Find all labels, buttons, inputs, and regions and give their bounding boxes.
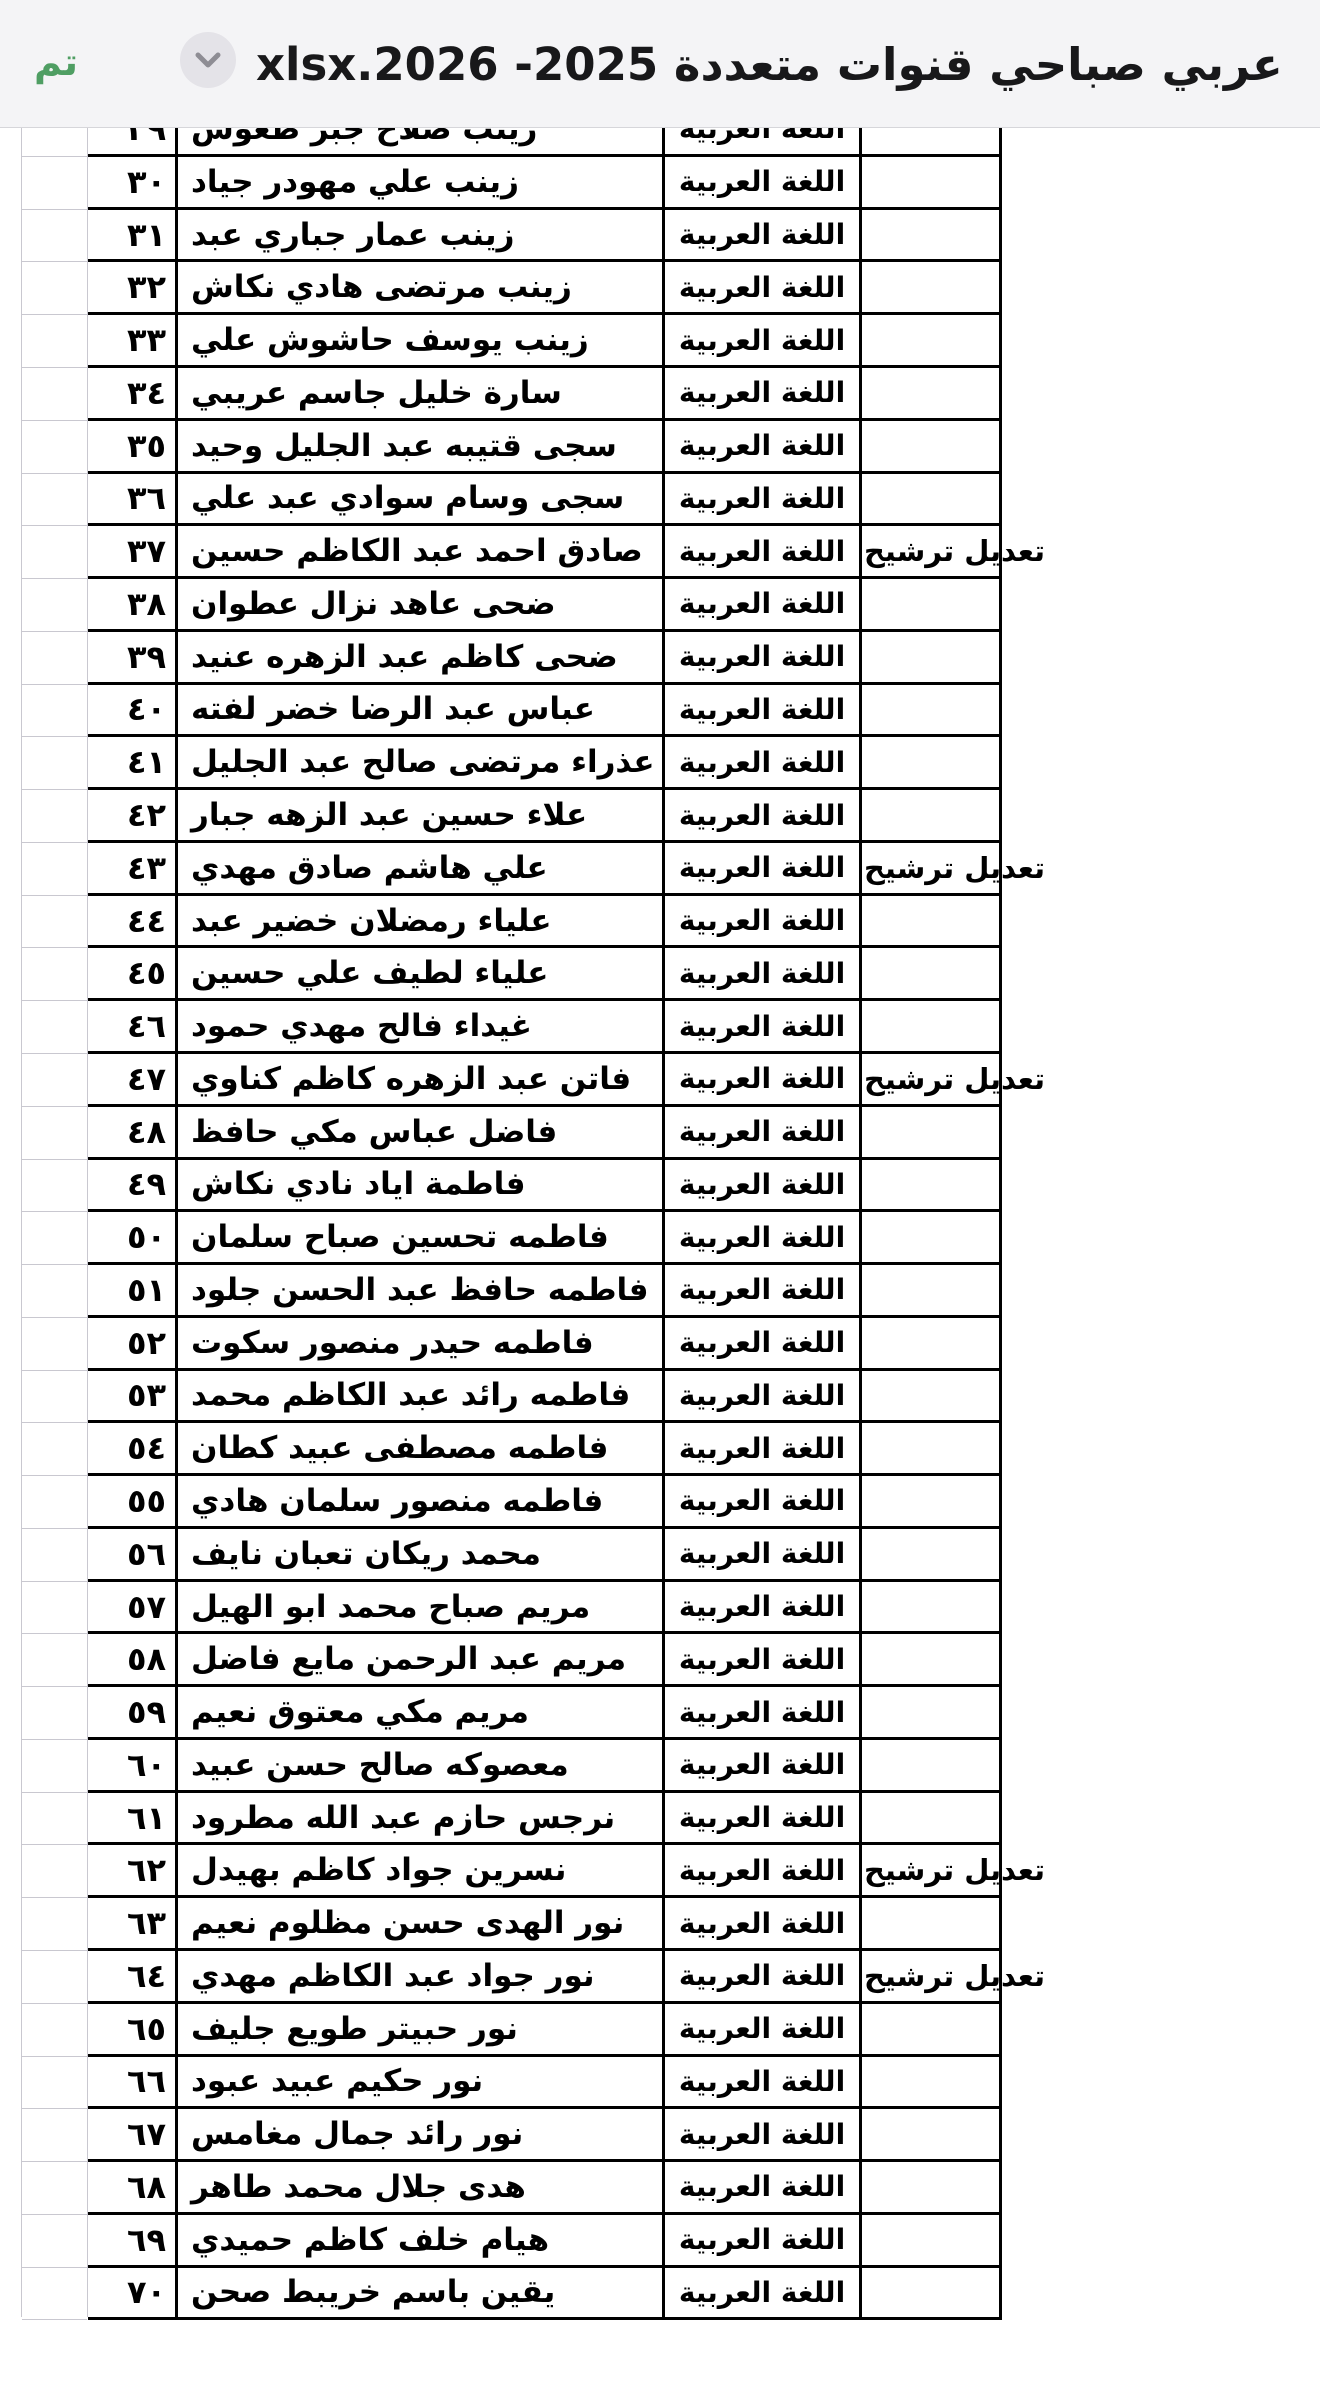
row-number-cell[interactable]: ٦٤	[88, 1951, 178, 2001]
table-row: ٦٣ نور الهدى حسن مظلوم نعيم اللغة العربي…	[88, 1898, 1002, 1951]
gridline-cell[interactable]	[22, 1107, 87, 1160]
language-cell[interactable]: اللغة العربية	[665, 157, 862, 207]
language-cell[interactable]: اللغة العربية	[665, 315, 862, 365]
status-cell[interactable]: تعديل ترشيح	[862, 526, 1002, 576]
row-number-cell[interactable]: ٣٦	[88, 474, 178, 524]
status-cell[interactable]	[862, 737, 1002, 787]
language-cell[interactable]: اللغة العربية	[665, 1371, 862, 1421]
status-cell[interactable]	[862, 1898, 1002, 1948]
row-number-cell[interactable]: ٧٠	[88, 2268, 178, 2318]
gridline-cell[interactable]	[22, 1793, 87, 1846]
table-row: ٣٢ زينب مرتضى هادي نكاش اللغة العربية	[88, 262, 1002, 315]
language-cell[interactable]: اللغة العربية	[665, 1054, 862, 1104]
status-cell[interactable]	[862, 262, 1002, 312]
table-row: ٣٧ صادق احمد عبد الكاظم حسين اللغة العرب…	[88, 526, 1002, 579]
table-row: ٤٣ علي هاشم صادق مهدي اللغة العربية تعدي…	[88, 843, 1002, 896]
student-name-cell[interactable]: فاطمه منصور سلمان هادي	[178, 1476, 665, 1526]
table-row: ٥١ فاطمه حافظ عبد الحسن جلود اللغة العرب…	[88, 1265, 1002, 1318]
table-row: ٥٧ مريم صباح محمد ابو الهيل اللغة العربي…	[88, 1582, 1002, 1635]
language-cell[interactable]: اللغة العربية	[665, 896, 862, 946]
status-cell[interactable]: تعديل ترشيح	[862, 1951, 1002, 2001]
status-cell[interactable]	[862, 1423, 1002, 1473]
status-cell[interactable]	[862, 2162, 1002, 2212]
gridline-cell[interactable]	[22, 315, 87, 368]
status-cell[interactable]: تعديل ترشيح	[862, 1054, 1002, 1104]
table-row: ٥٤ فاطمه مصطفى عبيد كطان اللغة العربية	[88, 1423, 1002, 1476]
title-bar: تم عربي صباحي قنوات متعددة 2025- 2026.xl…	[0, 0, 1320, 128]
row-number-cell[interactable]: ٦٣	[88, 1898, 178, 1948]
gridline-cell[interactable]	[22, 1634, 87, 1687]
status-cell[interactable]	[862, 210, 1002, 260]
student-name-cell[interactable]: نور رائد جمال مغامس	[178, 2109, 665, 2159]
student-name-cell[interactable]: فاطمه تحسين صباح سلمان	[178, 1212, 665, 1262]
status-cell[interactable]	[862, 632, 1002, 682]
language-cell[interactable]: اللغة العربية	[665, 948, 862, 998]
status-cell[interactable]	[862, 1107, 1002, 1157]
student-name-cell[interactable]: محمد ريكان تعبان نايف	[178, 1529, 665, 1579]
student-name-cell[interactable]: سارة خليل جاسم عريبي	[178, 368, 665, 418]
student-name-cell[interactable]: مريم عبد الرحمن مايع فاضل	[178, 1634, 665, 1684]
row-number-cell[interactable]: ٦١	[88, 1793, 178, 1843]
table-row: ٦٨ هدى جلال محمد طاهر اللغة العربية	[88, 2162, 1002, 2215]
row-number-cell[interactable]: ٣٧	[88, 526, 178, 576]
table-row: ٣١ زينب عمار جباري عبد اللغة العربية	[88, 210, 1002, 263]
language-cell[interactable]: اللغة العربية	[665, 1845, 862, 1895]
language-cell[interactable]: اللغة العربية	[665, 2109, 862, 2159]
gridline-cell[interactable]	[22, 210, 87, 263]
row-number-cell[interactable]: ٣٥	[88, 421, 178, 471]
status-cell[interactable]	[862, 2268, 1002, 2318]
table-row: ٥٢ فاطمه حيدر منصور سكوت اللغة العربية	[88, 1318, 1002, 1371]
chevron-down-icon	[195, 52, 221, 68]
language-cell[interactable]: اللغة العربية	[665, 685, 862, 735]
language-cell[interactable]: اللغة العربية	[665, 1107, 862, 1157]
table-row: ٦١ نرجس حازم عبد الله مطرود اللغة العربي…	[88, 1793, 1002, 1846]
language-cell[interactable]: اللغة العربية	[665, 1423, 862, 1473]
language-cell[interactable]: اللغة العربية	[665, 2057, 862, 2107]
row-number-cell[interactable]: ٥٠	[88, 1212, 178, 1262]
row-number-cell[interactable]: ٣٣	[88, 315, 178, 365]
gridline-cell[interactable]	[22, 2162, 87, 2215]
student-name-cell[interactable]: صادق احمد عبد الكاظم حسين	[178, 526, 665, 576]
language-cell[interactable]: اللغة العربية	[665, 1318, 862, 1368]
student-name-cell[interactable]: نور حبيتر طويع جليف	[178, 2004, 665, 2054]
status-cell[interactable]	[862, 579, 1002, 629]
data-table: ٢٩ زينب صلاح جبر طعوس اللغة العربية ٣٠ ز…	[88, 101, 1002, 2321]
status-cell[interactable]	[862, 2109, 1002, 2159]
table-row: ٦٩ هيام خلف كاظم حميدي اللغة العربية	[88, 2215, 1002, 2268]
row-number-cell[interactable]: ٥٢	[88, 1318, 178, 1368]
language-cell[interactable]: اللغة العربية	[665, 2215, 862, 2265]
table-row: ٦٤ نور جواد عبد الكاظم مهدي اللغة العربي…	[88, 1951, 1002, 2004]
table-row: ٥٩ مريم مكي معتوق نعيم اللغة العربية	[88, 1687, 1002, 1740]
language-cell[interactable]: اللغة العربية	[665, 579, 862, 629]
gridline-cell[interactable]	[22, 737, 87, 790]
student-name-cell[interactable]: نسرين جواد كاظم بهيدل	[178, 1845, 665, 1895]
status-cell[interactable]	[862, 1001, 1002, 1051]
status-cell[interactable]	[862, 1529, 1002, 1579]
language-cell[interactable]: اللغة العربية	[665, 1160, 862, 1210]
language-cell[interactable]: اللغة العربية	[665, 1951, 862, 2001]
gridline-cell[interactable]	[22, 157, 87, 210]
gridline-cell[interactable]	[22, 685, 87, 738]
language-cell[interactable]: اللغة العربية	[665, 1898, 862, 1948]
table-row: ٦٠ معصوكه صالح حسن عبيد اللغة العربية	[88, 1740, 1002, 1793]
gridline-cell[interactable]	[22, 1160, 87, 1213]
language-cell[interactable]: اللغة العربية	[665, 1793, 862, 1843]
student-name-cell[interactable]: هيام خلف كاظم حميدي	[178, 2215, 665, 2265]
row-number-cell[interactable]: ٥٧	[88, 1582, 178, 1632]
row-number-cell[interactable]: ٦٩	[88, 2215, 178, 2265]
student-name-cell[interactable]: سجى قتيبه عبد الجليل وحيد	[178, 421, 665, 471]
table-row: ٦٦ نور حكيم عبيد عبود اللغة العربية	[88, 2057, 1002, 2110]
gridline-cell[interactable]	[22, 2004, 87, 2057]
table-row: ٤٤ علياء رمضلان خضير عبد اللغة العربية	[88, 896, 1002, 949]
gridline-cell[interactable]	[22, 2215, 87, 2268]
gridline-cell[interactable]	[22, 1740, 87, 1793]
gridline-cell[interactable]	[22, 1371, 87, 1424]
table-row: ٥٦ محمد ريكان تعبان نايف اللغة العربية	[88, 1529, 1002, 1582]
table-row: ٦٢ نسرين جواد كاظم بهيدل اللغة العربية ت…	[88, 1845, 1002, 1898]
row-number-cell[interactable]: ٦٨	[88, 2162, 178, 2212]
table-row: ٤٨ فاضل عباس مكي حافظ اللغة العربية	[88, 1107, 1002, 1160]
table-row: ٥٥ فاطمه منصور سلمان هادي اللغة العربية	[88, 1476, 1002, 1529]
row-number-cell[interactable]: ٥٤	[88, 1423, 178, 1473]
title-menu-button[interactable]	[180, 32, 236, 88]
row-number-cell[interactable]: ٥٩	[88, 1687, 178, 1737]
gridline-cell[interactable]	[22, 843, 87, 896]
row-number-cell[interactable]: ٤٤	[88, 896, 178, 946]
status-cell[interactable]	[862, 2004, 1002, 2054]
row-number-cell[interactable]: ٦٠	[88, 1740, 178, 1790]
language-cell[interactable]: اللغة العربية	[665, 1212, 862, 1262]
row-number-cell[interactable]: ٤٣	[88, 843, 178, 893]
row-number-cell[interactable]: ٣٠	[88, 157, 178, 207]
status-cell[interactable]	[862, 1371, 1002, 1421]
gridline-cell[interactable]	[22, 1265, 87, 1318]
language-cell[interactable]: اللغة العربية	[665, 1687, 862, 1737]
student-name-cell[interactable]: زينب عمار جباري عبد	[178, 210, 665, 260]
table-row: ٣٥ سجى قتيبه عبد الجليل وحيد اللغة العرب…	[88, 421, 1002, 474]
row-number-cell[interactable]: ٤٦	[88, 1001, 178, 1051]
student-name-cell[interactable]: يقين باسم خريبط صحن	[178, 2268, 665, 2318]
student-name-cell[interactable]: زينب مرتضى هادي نكاش	[178, 262, 665, 312]
language-cell[interactable]: اللغة العربية	[665, 1740, 862, 1790]
status-cell[interactable]	[862, 1476, 1002, 1526]
table-row: ٥٠ فاطمه تحسين صباح سلمان اللغة العربية	[88, 1212, 1002, 1265]
table-row: ٤٩ فاطمة اياد نادي نكاش اللغة العربية	[88, 1160, 1002, 1213]
row-number-cell[interactable]: ٤٨	[88, 1107, 178, 1157]
status-cell[interactable]	[862, 1160, 1002, 1210]
gridline-cell[interactable]	[22, 1423, 87, 1476]
table-row: ٤٠ عباس عبد الرضا خضر لفته اللغة العربية	[88, 685, 1002, 738]
status-cell[interactable]	[862, 1265, 1002, 1315]
status-cell[interactable]	[862, 368, 1002, 418]
gridline-cell[interactable]	[22, 2057, 87, 2110]
row-number-cell[interactable]: ٦٢	[88, 1845, 178, 1895]
gridline-cell[interactable]	[22, 1898, 87, 1951]
status-cell[interactable]	[862, 685, 1002, 735]
table-row: ٤٢ علاء حسين عبد الزهه جبار اللغة العربي…	[88, 790, 1002, 843]
language-cell[interactable]: اللغة العربية	[665, 2162, 862, 2212]
row-number-cell[interactable]: ٥٣	[88, 1371, 178, 1421]
student-name-cell[interactable]: مريم مكي معتوق نعيم	[178, 1687, 665, 1737]
language-cell[interactable]: اللغة العربية	[665, 843, 862, 893]
language-cell[interactable]: اللغة العربية	[665, 210, 862, 260]
student-name-cell[interactable]: فاطمة اياد نادي نكاش	[178, 1160, 665, 1210]
table-row: ٣٤ سارة خليل جاسم عريبي اللغة العربية	[88, 368, 1002, 421]
status-cell[interactable]	[862, 2215, 1002, 2265]
student-name-cell[interactable]: هدى جلال محمد طاهر	[178, 2162, 665, 2212]
gridline-cell[interactable]	[22, 1951, 87, 2004]
table-row: ٦٥ نور حبيتر طويع جليف اللغة العربية	[88, 2004, 1002, 2057]
done-button[interactable]: تم	[34, 40, 78, 84]
language-cell[interactable]: اللغة العربية	[665, 2268, 862, 2318]
gridline-cell[interactable]	[22, 1054, 87, 1107]
gridline-cell[interactable]	[22, 896, 87, 949]
row-number-cell[interactable]: ٦٥	[88, 2004, 178, 2054]
gridline-cell[interactable]	[22, 262, 87, 315]
gridline-cell[interactable]	[22, 579, 87, 632]
row-number-cell[interactable]: ٦٧	[88, 2109, 178, 2159]
gridline-cell[interactable]	[22, 1687, 87, 1740]
gridline-cell[interactable]	[22, 368, 87, 421]
language-cell[interactable]: اللغة العربية	[665, 1634, 862, 1684]
student-name-cell[interactable]: فاطمه حيدر منصور سكوت	[178, 1318, 665, 1368]
status-cell[interactable]	[862, 896, 1002, 946]
row-number-cell[interactable]: ٥٦	[88, 1529, 178, 1579]
row-number-cell[interactable]: ٦٦	[88, 2057, 178, 2107]
gridline-cell[interactable]	[22, 1529, 87, 1582]
status-cell[interactable]: تعديل ترشيح	[862, 1845, 1002, 1895]
table-row: ٣٦ سجى وسام سوادي عبد علي اللغة العربية	[88, 474, 1002, 527]
status-cell[interactable]	[862, 421, 1002, 471]
row-number-cell[interactable]: ٤١	[88, 737, 178, 787]
table-row: ٣٩ ضحى كاظم عبد الزهره عنيد اللغة العربي…	[88, 632, 1002, 685]
student-name-cell[interactable]: فاطمه رائد عبد الكاظم محمد	[178, 1371, 665, 1421]
gridline-cell[interactable]	[22, 474, 87, 527]
row-number-cell[interactable]: ٣٤	[88, 368, 178, 418]
student-name-cell[interactable]: علاء حسين عبد الزهه جبار	[178, 790, 665, 840]
student-name-cell[interactable]: ضحى كاظم عبد الزهره عنيد	[178, 632, 665, 682]
gridline-cell[interactable]	[22, 790, 87, 843]
gridline-cell[interactable]	[22, 632, 87, 685]
gridline-cell[interactable]	[22, 526, 87, 579]
student-name-cell[interactable]: فاطمه مصطفى عبيد كطان	[178, 1423, 665, 1473]
student-name-cell[interactable]: عذراء مرتضى صالح عبد الجليل	[178, 737, 665, 787]
status-cell[interactable]	[862, 474, 1002, 524]
row-number-cell[interactable]: ٤٩	[88, 1160, 178, 1210]
row-number-cell[interactable]: ٣٩	[88, 632, 178, 682]
row-number-cell[interactable]: ٥٥	[88, 1476, 178, 1526]
table-row: ٥٣ فاطمه رائد عبد الكاظم محمد اللغة العر…	[88, 1371, 1002, 1424]
row-number-cell[interactable]: ٥٨	[88, 1634, 178, 1684]
status-cell[interactable]	[862, 315, 1002, 365]
table-row: ٣٨ ضحى عاهد نزال عطوان اللغة العربية	[88, 579, 1002, 632]
gridline-cell[interactable]	[22, 1582, 87, 1635]
student-name-cell[interactable]: نور حكيم عبيد عبود	[178, 2057, 665, 2107]
language-cell[interactable]: اللغة العربية	[665, 1001, 862, 1051]
gridline-cell[interactable]	[22, 1212, 87, 1265]
student-name-cell[interactable]: ضحى عاهد نزال عطوان	[178, 579, 665, 629]
language-cell[interactable]: اللغة العربية	[665, 1476, 862, 1526]
row-number-cell[interactable]: ٤٢	[88, 790, 178, 840]
student-name-cell[interactable]: نور الهدى حسن مظلوم نعيم	[178, 1898, 665, 1948]
language-cell[interactable]: اللغة العربية	[665, 1582, 862, 1632]
table-row: ٤٥ علياء لطيف علي حسين اللغة العربية	[88, 948, 1002, 1001]
gridline-cell[interactable]	[22, 1476, 87, 1529]
status-cell[interactable]	[862, 1687, 1002, 1737]
student-name-cell[interactable]: فاتن عبد الزهره كاظم كناوي	[178, 1054, 665, 1104]
row-number-cell[interactable]: ٥١	[88, 1265, 178, 1315]
student-name-cell[interactable]: علياء رمضلان خضير عبد	[178, 896, 665, 946]
student-name-cell[interactable]: معصوكه صالح حسن عبيد	[178, 1740, 665, 1790]
gridline-cell[interactable]	[22, 1001, 87, 1054]
table-row: ٥٨ مريم عبد الرحمن مايع فاضل اللغة العرب…	[88, 1634, 1002, 1687]
language-cell[interactable]: اللغة العربية	[665, 526, 862, 576]
status-cell[interactable]	[862, 790, 1002, 840]
status-cell[interactable]: تعديل ترشيح	[862, 843, 1002, 893]
student-name-cell[interactable]: زينب علي مهودر جياد	[178, 157, 665, 207]
table-row: ٣٣ زينب يوسف حاشوش علي اللغة العربية	[88, 315, 1002, 368]
language-cell[interactable]: اللغة العربية	[665, 737, 862, 787]
status-cell[interactable]	[862, 1582, 1002, 1632]
spreadsheet-canvas[interactable]: ٢٩ زينب صلاح جبر طعوس اللغة العربية ٣٠ ز…	[0, 0, 1320, 2406]
student-name-cell[interactable]: فاضل عباس مكي حافظ	[178, 1107, 665, 1157]
gridline-column	[21, 101, 88, 2317]
table-row: ٤٦ غيداء فالح مهدي حمود اللغة العربية	[88, 1001, 1002, 1054]
student-name-cell[interactable]: نرجس حازم عبد الله مطرود	[178, 1793, 665, 1843]
status-cell[interactable]	[862, 1212, 1002, 1262]
status-cell[interactable]	[862, 1740, 1002, 1790]
gridline-cell[interactable]	[22, 2109, 87, 2162]
gridline-cell[interactable]	[22, 2268, 87, 2321]
status-cell[interactable]	[862, 1634, 1002, 1684]
status-cell[interactable]	[862, 157, 1002, 207]
table-row: ٤١ عذراء مرتضى صالح عبد الجليل اللغة الع…	[88, 737, 1002, 790]
student-name-cell[interactable]: مريم صباح محمد ابو الهيل	[178, 1582, 665, 1632]
language-cell[interactable]: اللغة العربية	[665, 2004, 862, 2054]
student-name-cell[interactable]: فاطمه حافظ عبد الحسن جلود	[178, 1265, 665, 1315]
status-cell[interactable]	[862, 1793, 1002, 1843]
row-number-cell[interactable]: ٣٢	[88, 262, 178, 312]
status-cell[interactable]	[862, 1318, 1002, 1368]
status-cell[interactable]	[862, 2057, 1002, 2107]
student-name-cell[interactable]: نور جواد عبد الكاظم مهدي	[178, 1951, 665, 2001]
row-number-cell[interactable]: ٤٥	[88, 948, 178, 998]
gridline-cell[interactable]	[22, 1845, 87, 1898]
language-cell[interactable]: اللغة العربية	[665, 1265, 862, 1315]
student-name-cell[interactable]: سجى وسام سوادي عبد علي	[178, 474, 665, 524]
table-row: ٦٧ نور رائد جمال مغامس اللغة العربية	[88, 2109, 1002, 2162]
student-name-cell[interactable]: زينب يوسف حاشوش علي	[178, 315, 665, 365]
table-row: ٧٠ يقين باسم خريبط صحن اللغة العربية	[88, 2268, 1002, 2321]
language-cell[interactable]: اللغة العربية	[665, 790, 862, 840]
table-row: ٣٠ زينب علي مهودر جياد اللغة العربية	[88, 157, 1002, 210]
row-number-cell[interactable]: ٤٠	[88, 685, 178, 735]
row-number-cell[interactable]: ٤٧	[88, 1054, 178, 1104]
row-number-cell[interactable]: ٣٨	[88, 579, 178, 629]
student-name-cell[interactable]: علياء لطيف علي حسين	[178, 948, 665, 998]
language-cell[interactable]: اللغة العربية	[665, 368, 862, 418]
document-title: عربي صباحي قنوات متعددة 2025- 2026.xlsx	[256, 0, 1283, 128]
student-name-cell[interactable]: علي هاشم صادق مهدي	[178, 843, 665, 893]
language-cell[interactable]: اللغة العربية	[665, 1529, 862, 1579]
gridline-cell[interactable]	[22, 1318, 87, 1371]
app-root: ٢٩ زينب صلاح جبر طعوس اللغة العربية ٣٠ ز…	[0, 0, 1320, 2406]
language-cell[interactable]: اللغة العربية	[665, 632, 862, 682]
row-number-cell[interactable]: ٣١	[88, 210, 178, 260]
language-cell[interactable]: اللغة العربية	[665, 474, 862, 524]
table-row: ٤٧ فاتن عبد الزهره كاظم كناوي اللغة العر…	[88, 1054, 1002, 1107]
language-cell[interactable]: اللغة العربية	[665, 421, 862, 471]
student-name-cell[interactable]: عباس عبد الرضا خضر لفته	[178, 685, 665, 735]
gridline-cell[interactable]	[22, 421, 87, 474]
language-cell[interactable]: اللغة العربية	[665, 262, 862, 312]
status-cell[interactable]	[862, 948, 1002, 998]
gridline-cell[interactable]	[22, 948, 87, 1001]
student-name-cell[interactable]: غيداء فالح مهدي حمود	[178, 1001, 665, 1051]
